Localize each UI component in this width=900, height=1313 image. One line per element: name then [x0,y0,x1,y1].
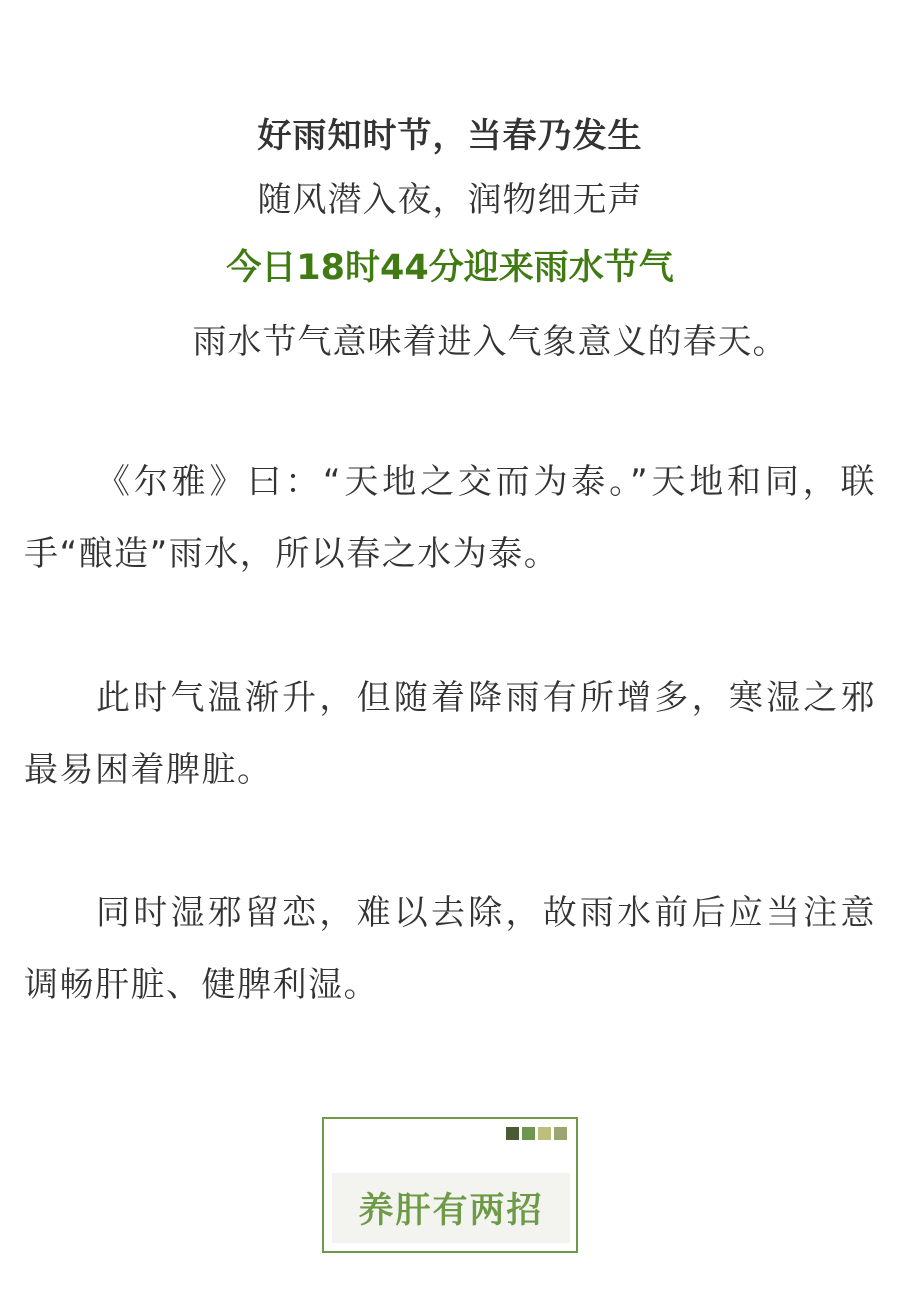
section-title-panel: 养肝有两招 [332,1173,570,1243]
paragraph-erya: 《尔雅》曰：“天地之交而为泰。”天地和同，联手“酿造”雨水，所以春之水为泰。 [24,446,876,590]
section-title: 养肝有两招 [358,1183,543,1233]
intro-sentence: 雨水节气意味着进入气象意义的春天。 [40,314,900,363]
poem-line-2: 随风潜入夜，润物细无声 [0,172,900,221]
poem-line-1: 好雨知时节，当春乃发生 [0,108,900,157]
square-icon-4 [554,1127,567,1140]
solar-term-highlight: 今日18时44分迎来雨水节气 [0,240,900,290]
square-icon-1 [506,1127,519,1140]
square-icon-2 [522,1127,535,1140]
paragraph-advice: 同时湿邪留恋，难以去除，故雨水前后应当注意调畅肝脏、健脾利湿。 [24,877,876,1021]
square-icon-3 [538,1127,551,1140]
section-heading-card: 养肝有两招 [322,1117,578,1253]
decorative-squares [506,1127,567,1140]
paragraph-dampness: 此时气温渐升，但随着降雨有所增多，寒湿之邪最易困着脾脏。 [24,662,876,806]
